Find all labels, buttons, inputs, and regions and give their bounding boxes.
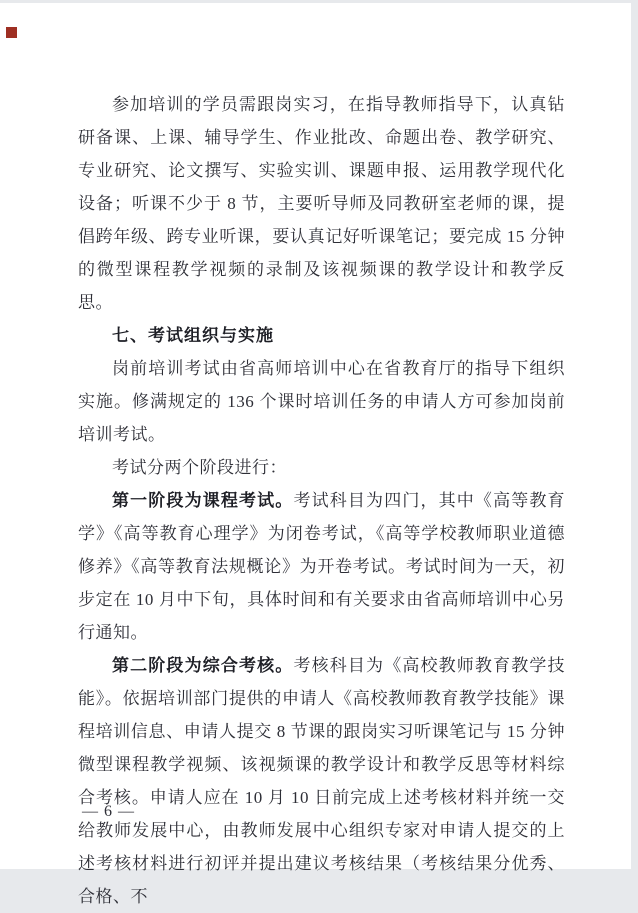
paragraph: 参加培训的学员需跟岗实习，在指导教师指导下，认真钻研备课、上课、辅导学生、作业批… <box>78 88 565 319</box>
paragraph: 第一阶段为课程考试。考试科目为四门，其中《高等教育学》《高等教育心理学》为闭卷考… <box>78 484 565 649</box>
paragraph: 考试分两个阶段进行： <box>78 451 565 484</box>
paragraph: 第二阶段为综合考核。考核科目为《高校教师教育教学技能》。依据培训部门提供的申请人… <box>78 649 565 874</box>
document-page: 参加培训的学员需跟岗实习，在指导教师指导下，认真钻研备课、上课、辅导学生、作业批… <box>0 3 631 869</box>
page-number: — 6 — <box>82 803 135 821</box>
paragraph-bold-lead: 第二阶段为综合考核。 <box>112 656 293 675</box>
paragraph: 岗前培训考试由省高师培训中心在省教育厅的指导下组织实施。修满规定的 136 个课… <box>78 352 565 451</box>
section-heading: 七、考试组织与实施 <box>78 319 565 352</box>
document-body: 参加培训的学员需跟岗实习，在指导教师指导下，认真钻研备课、上课、辅导学生、作业批… <box>78 88 565 874</box>
paragraph-bold-lead: 第一阶段为课程考试。 <box>112 491 293 510</box>
red-square-marker <box>6 27 17 38</box>
